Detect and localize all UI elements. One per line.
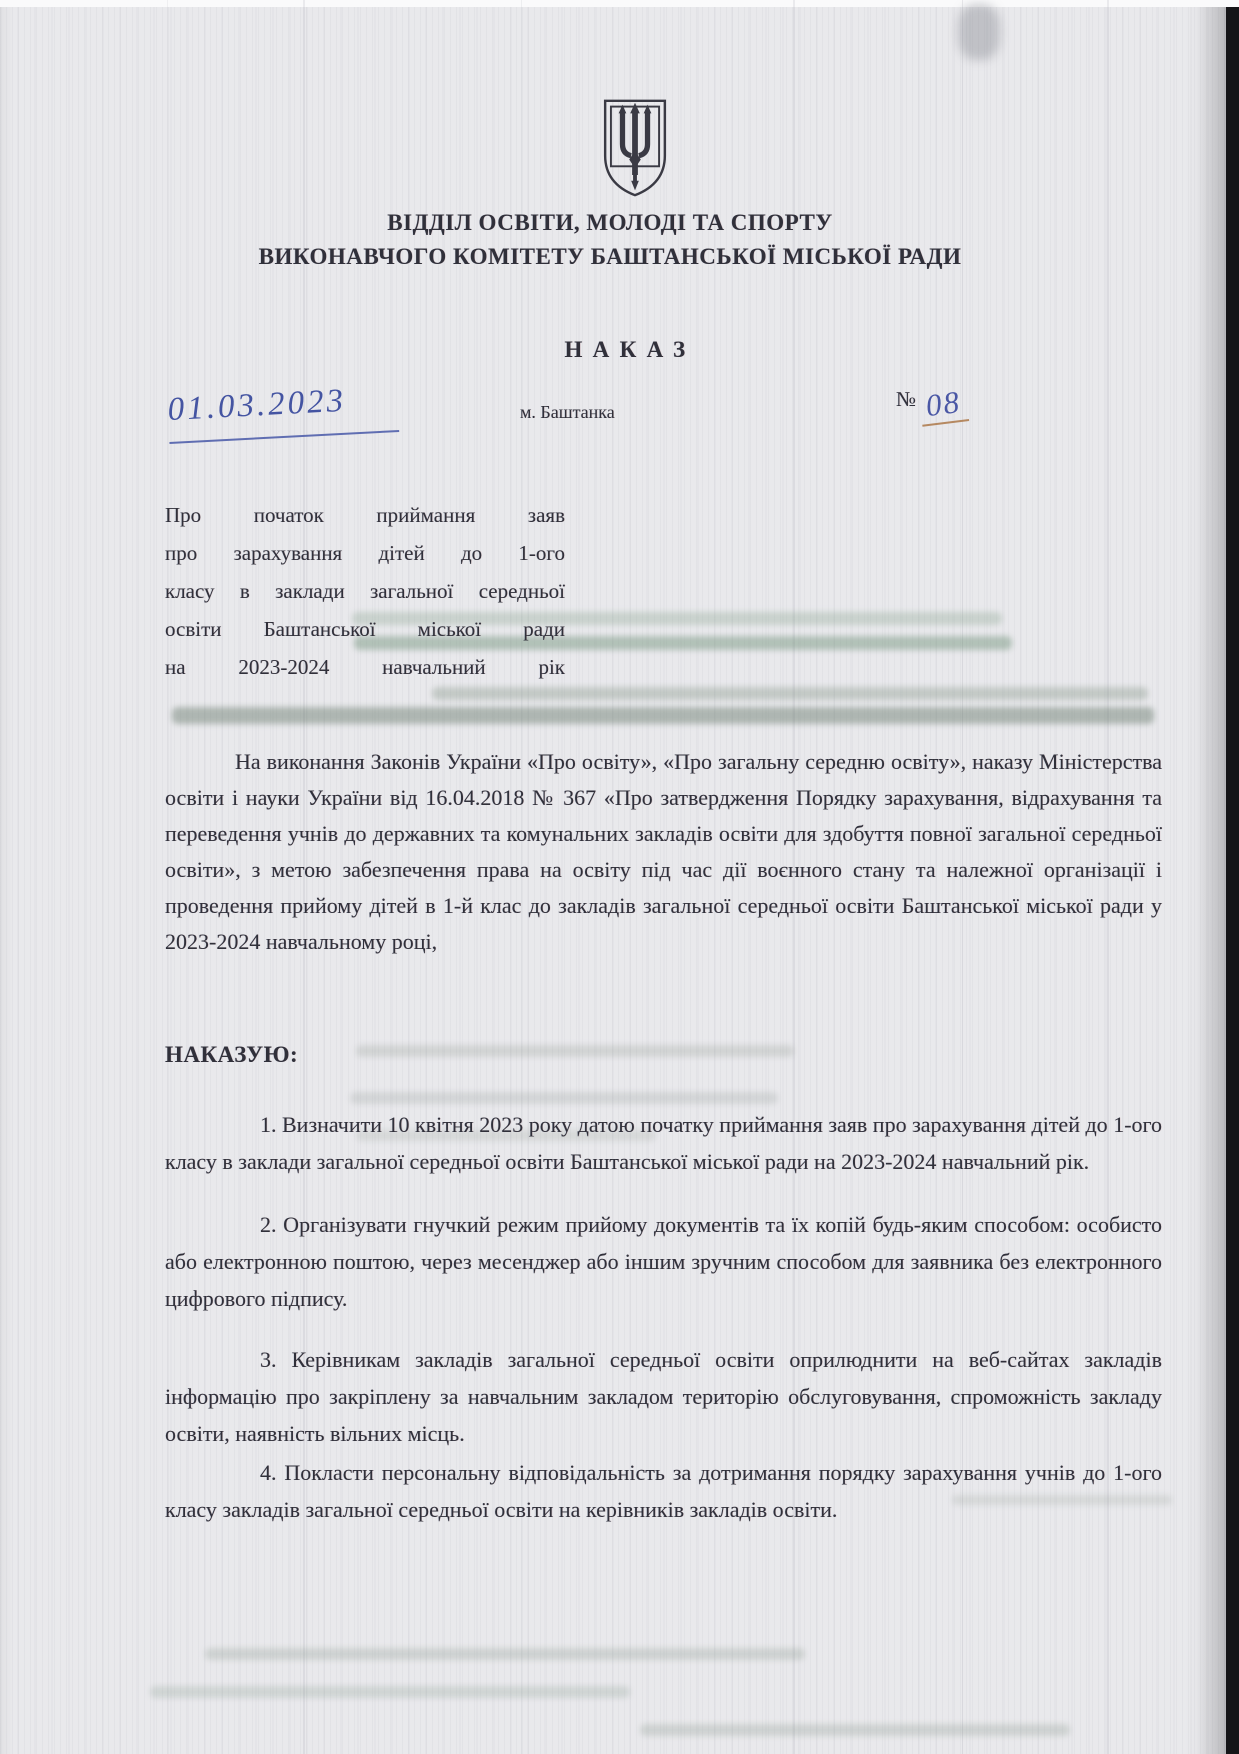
document-title: НАКАЗ — [30, 337, 1230, 363]
scan-edge-shadow — [1196, 7, 1226, 1754]
order-item-4: 4. Покласти персональну відповідальність… — [165, 1454, 1162, 1528]
handwritten-number: 08 — [918, 383, 969, 426]
org-name-line1: ВІДДІЛ ОСВІТИ, МОЛОДІ ТА СПОРТУ — [20, 206, 1200, 240]
org-name-line2: ВИКОНАВЧОГО КОМІТЕТУ БАШТАНСЬКОЇ МІСЬКОЇ… — [20, 240, 1200, 274]
preamble-paragraph: На виконання Законів України «Про освіту… — [165, 744, 1162, 960]
org-header: ВІДДІЛ ОСВІТИ, МОЛОДІ ТА СПОРТУ ВИКОНАВЧ… — [20, 206, 1200, 274]
order-heading: НАКАЗУЮ: — [165, 1042, 298, 1068]
subject-block: Про початок приймання заяв про зарахуван… — [165, 496, 565, 686]
bleed-through-artifact — [640, 1724, 1070, 1736]
subject-line: на 2023-2024 навчальний рік — [165, 648, 565, 686]
bleed-through-artifact — [356, 1045, 794, 1057]
number-sign: № — [896, 387, 916, 411]
ukraine-trident-icon — [597, 96, 673, 200]
scanned-order-document: ВІДДІЛ ОСВІТИ, МОЛОДІ ТА СПОРТУ ВИКОНАВЧ… — [0, 0, 1239, 1754]
handwritten-date: 01.03.2023 — [167, 380, 399, 444]
subject-line: Про початок приймання заяв — [165, 496, 565, 534]
subject-line: класу в заклади загальної середньої — [165, 572, 565, 610]
bleed-through-artifact — [205, 1648, 805, 1660]
subject-line: освіти Баштанської міської ради — [165, 610, 565, 648]
order-item-3: 3. Керівникам закладів загальної середнь… — [165, 1341, 1162, 1452]
bleed-through-artifact — [350, 1092, 778, 1104]
bleed-through-artifact — [432, 687, 1148, 700]
scan-smudge — [958, 4, 1000, 60]
order-item-1: 1. Визначити 10 квітня 2023 року датою п… — [165, 1106, 1162, 1180]
place-label: м. Баштанка — [520, 402, 615, 423]
order-number: № 08 — [896, 386, 967, 434]
scan-top-margin — [0, 0, 1239, 7]
subject-line: про зарахування дітей до 1-ого — [165, 534, 565, 572]
order-item-2: 2. Організувати гнучкий режим прийому до… — [165, 1206, 1162, 1317]
scan-edge-black-strip — [1226, 7, 1239, 1754]
order-items: 1. Визначити 10 квітня 2023 року датою п… — [165, 1106, 1162, 1528]
bleed-through-artifact — [150, 1686, 630, 1698]
bleed-through-artifact — [172, 707, 1154, 724]
